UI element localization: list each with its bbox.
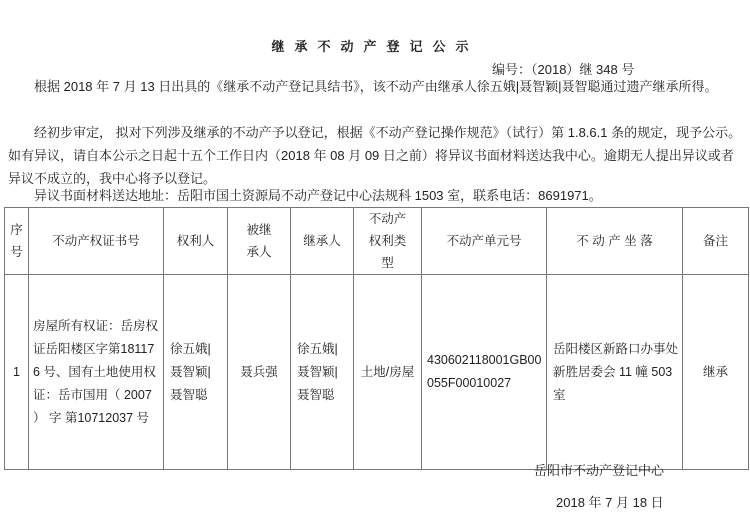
header-heirs: 继承人 — [291, 208, 354, 275]
issue-date: 2018 年 7 月 18 日 — [556, 492, 664, 511]
paragraph-review-notice: 经初步审定， 拟对下列涉及继承的不动产予以登记，根据《不动产登记操作规范》（试行… — [8, 121, 744, 190]
cell-certificate: 房屋所有权证：岳房权证岳阳楼区字第181176 号、国有土地使用权证：岳市国用（… — [29, 275, 164, 470]
cell-unit-number: 430602118001GB00055F00010027 — [422, 275, 547, 470]
header-unit-number: 不动产单元号 — [422, 208, 547, 275]
header-index: 序号 — [5, 208, 29, 275]
table-header-row: 序号 不动产权证书号 权利人 被继承人 继承人 不动产权利类型 不动产单元号 不… — [5, 208, 749, 275]
header-certificate: 不动产权证书号 — [29, 208, 164, 275]
paragraph-inheritance-basis: 根据 2018 年 7 月 13 日出具的《继承不动产登记具结书》，该不动产由继… — [8, 75, 744, 98]
header-right-type: 不动产权利类型 — [354, 208, 422, 275]
issuing-organization: 岳阳市不动产登记中心 — [534, 460, 664, 479]
paragraph-objection-address: 异议书面材料送达地址：岳阳市国土资源局不动产登记中心法规科 1503 室，联系电… — [8, 186, 744, 206]
header-right-holder: 权利人 — [164, 208, 228, 275]
header-remark: 备注 — [683, 208, 749, 275]
cell-remark: 继承 — [683, 275, 749, 470]
cell-right-holder: 徐五娥|聂智颖|聂智聪 — [164, 275, 228, 470]
table-row: 1 房屋所有权证：岳房权证岳阳楼区字第181176 号、国有土地使用权证：岳市国… — [5, 275, 749, 470]
header-location: 不 动 产 坐 落 — [547, 208, 683, 275]
cell-index: 1 — [5, 275, 29, 470]
cell-right-type: 土地/房屋 — [354, 275, 422, 470]
cell-location: 岳阳楼区新路口办事处新胜居委会 11 幢 503 室 — [547, 275, 683, 470]
registration-table: 序号 不动产权证书号 权利人 被继承人 继承人 不动产权利类型 不动产单元号 不… — [4, 207, 749, 470]
cell-heirs: 徐五娥|聂智颖|聂智聪 — [291, 275, 354, 470]
cell-decedent: 聂兵强 — [228, 275, 291, 470]
document-title: 继承不动产登记公示 — [0, 36, 750, 55]
header-decedent: 被继承人 — [228, 208, 291, 275]
